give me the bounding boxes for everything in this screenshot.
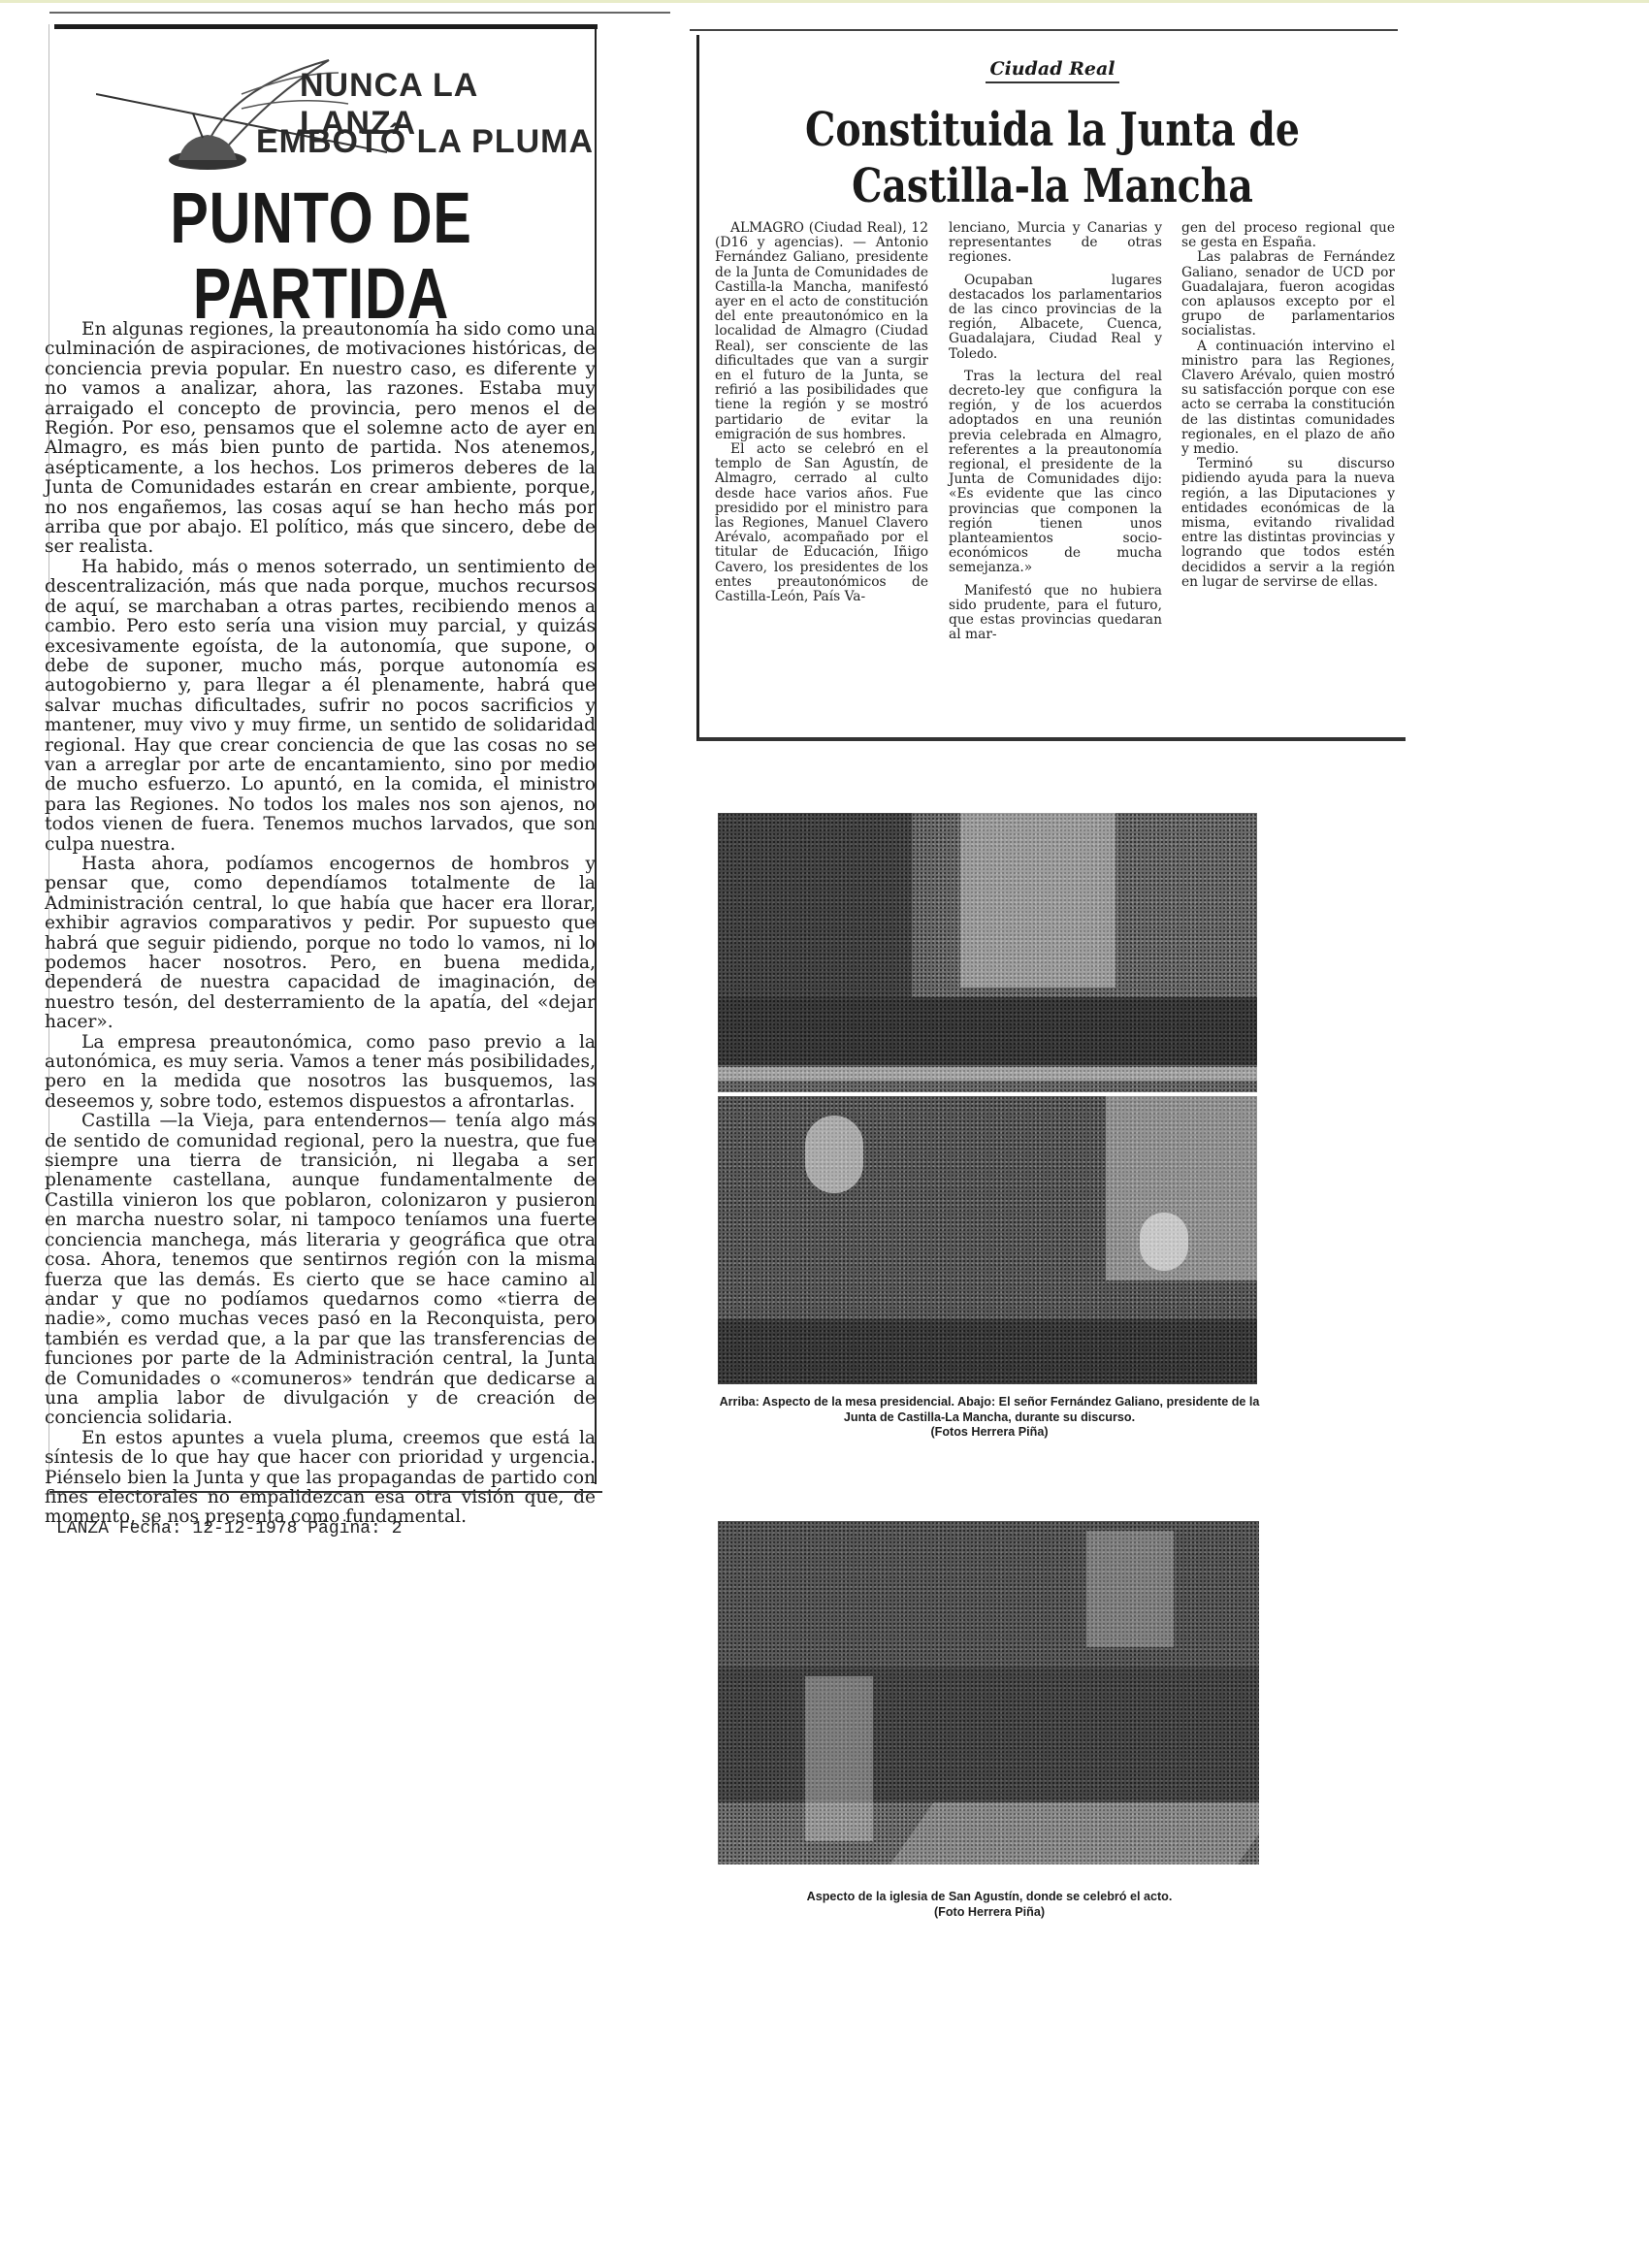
caption-text: Aspecto de la iglesia de San Agustín, do… (713, 1890, 1266, 1905)
photo-audience-rows (718, 1667, 1259, 1802)
news-column-2: lenciano, Murcia y Canarias y representa… (949, 221, 1162, 642)
paragraph: gen del proceso regional que se gesta en… (1181, 221, 1395, 250)
photo-caption-2: Aspecto de la iglesia de San Agustín, do… (713, 1890, 1266, 1920)
photo-light-banner (960, 813, 1115, 988)
column-top-rule (54, 24, 598, 29)
photo-man-light-coat (805, 1676, 873, 1841)
logo-text-line2: EMBOTÓ LA PLUMA (256, 123, 594, 161)
article-headline-line1: PUNTO DE (104, 179, 538, 257)
clipping-edge-line (49, 12, 670, 14)
section-label-text: Ciudad Real (986, 58, 1118, 83)
paragraph: Las palabras de Fernández Galiano, senad… (1181, 250, 1395, 339)
photo-speaker-head (805, 1116, 863, 1193)
news-column-3: gen del proceso regional que se gesta en… (1181, 221, 1395, 590)
column-logo: NUNCA LA LANZA EMBOTÓ LA PLUMA (96, 55, 600, 172)
photo-dark-area (718, 813, 912, 997)
article-body: En algunas regiones, la preautonomía ha … (45, 320, 596, 1528)
caption-text: Arriba: Aspecto de la mesa presidencial.… (713, 1395, 1266, 1425)
paragraph: La empresa preautonómica, como paso prev… (45, 1033, 596, 1113)
news-article: Ciudad Real Constituida la Junta de Cast… (696, 35, 1406, 741)
paragraph: Ha habido, más o menos soterrado, un sen… (45, 558, 596, 855)
news-headline-line1: Constituida la Junta de (763, 103, 1342, 157)
paragraph: A continuación intervino el ministro par… (1181, 340, 1395, 458)
photo-aisle (890, 1802, 1281, 1864)
paragraph: lenciano, Murcia y Canarias y representa… (949, 221, 1162, 266)
source-date-note: LANZA Fecha: 12-12-1978 Página: 2 (56, 1519, 402, 1539)
paragraph: Tras la lectura del real decreto-ley que… (949, 370, 1162, 576)
iglesia-san-agustin-audience-photo (718, 1521, 1259, 1864)
photo-coat-of-arms-banner (1086, 1531, 1174, 1647)
news-column-1: ALMAGRO (Ciudad Real), 12 (D16 y agencia… (715, 221, 928, 604)
photo-table-edge (718, 1067, 1257, 1081)
paragraph: El acto se celebró en el templo de San A… (715, 442, 928, 604)
column-bottom-rule (49, 1491, 602, 1493)
paragraph: Ocupaban lugares destacados los parlamen… (949, 274, 1162, 362)
photo-credit: (Fotos Herrera Piña) (713, 1425, 1266, 1441)
photo-caption-1: Arriba: Aspecto de la mesa presidencial.… (713, 1395, 1266, 1441)
photo-seated-man-head (1140, 1213, 1188, 1271)
mesa-presidencial-photo (718, 813, 1257, 1092)
photo-credit: (Foto Herrera Piña) (713, 1905, 1266, 1921)
opinion-article: NUNCA LA LANZA EMBOTÓ LA PLUMA PUNTO DE … (48, 24, 597, 1484)
fernandez-galiano-speech-photo (718, 1096, 1257, 1384)
photo-table-front (718, 1319, 1257, 1384)
paragraph: Terminó su discurso pidiendo ayuda para … (1181, 457, 1395, 590)
paragraph: Manifestó que no hubiera sido prudente, … (949, 584, 1162, 643)
photo-table (718, 997, 1257, 1065)
photo-church-interior (718, 1521, 1259, 1667)
paragraph: ALMAGRO (Ciudad Real), 12 (D16 y agencia… (715, 221, 928, 442)
news-headline-line2: Castilla-la Mancha (763, 159, 1342, 213)
section-label: Ciudad Real (699, 58, 1406, 80)
paragraph: En algunas regiones, la preautonomía ha … (45, 320, 596, 558)
clipping-top-edge (690, 29, 1398, 31)
paragraph: Hasta ahora, podíamos encogernos de homb… (45, 855, 596, 1033)
scan-top-edge (0, 0, 1649, 3)
paragraph: Castilla —la Vieja, para entendernos— te… (45, 1112, 596, 1429)
paragraph: En estos apuntes a vuela pluma, creemos … (45, 1429, 596, 1528)
